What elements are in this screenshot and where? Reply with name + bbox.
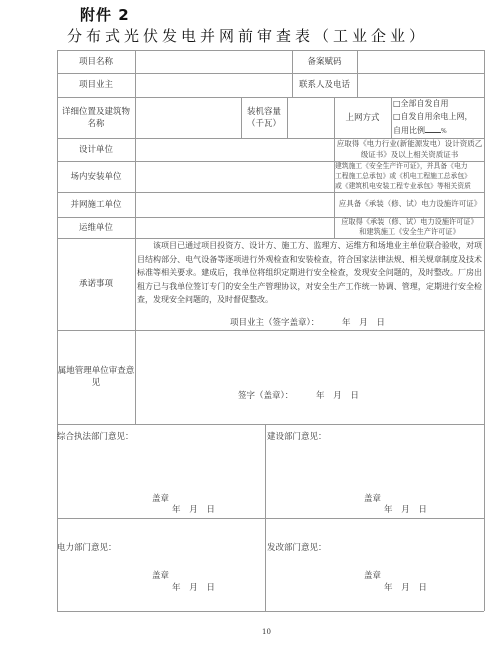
- project-name-field[interactable]: [136, 51, 291, 72]
- law-enforcement-opinion-label: 综合执法部门意见：: [57, 430, 134, 442]
- design-unit-requirement: 应取得《电力行业(新能源发电）设计资质乙级证书》及以上相关资质证书: [335, 139, 484, 161]
- design-unit-label: 设计单位: [57, 138, 135, 161]
- law-enforcement-stamp: 盖章: [152, 492, 169, 504]
- self-use-ratio-field[interactable]: [425, 123, 441, 133]
- location-label: 详细位置及建筑物名称: [59, 97, 133, 138]
- power-opinion-label: 电力部门意见：: [57, 541, 117, 553]
- row-divider: [57, 518, 484, 519]
- table-border-right: [484, 50, 485, 611]
- page-number: 10: [262, 628, 271, 636]
- om-unit-label: 运维单位: [57, 217, 135, 238]
- grid-construction-unit-field[interactable]: [136, 193, 333, 216]
- owner-signature-date: 年 月 日: [342, 316, 385, 328]
- contact-label: 联系人及电话: [292, 73, 357, 97]
- table-border-bottom: [57, 611, 484, 612]
- opinion-column-divider: [265, 424, 266, 611]
- percent-unit: %: [441, 128, 447, 135]
- location-field[interactable]: [136, 98, 240, 137]
- install-unit-label: 场内安装单位: [57, 161, 135, 192]
- construction-date: 年 月 日: [384, 503, 427, 515]
- grid-mode-options: □全部自发自用 □自发自用余电上网， 自用比例%: [393, 98, 483, 139]
- col-divider: [241, 97, 242, 138]
- local-review-label: 属地管理单位审查意见: [57, 330, 135, 424]
- project-owner-label: 项目业主: [57, 73, 135, 97]
- construction-stamp: 盖章: [364, 492, 381, 504]
- capacity-field[interactable]: [288, 98, 333, 137]
- filing-code-field[interactable]: [358, 51, 483, 72]
- owner-signature-label: 项目业主（签字盖章）：: [230, 316, 319, 328]
- page-title: 分布式光伏发电并网前审查表（工业企业）: [0, 25, 495, 46]
- project-name-label: 项目名称: [57, 50, 135, 73]
- local-review-field[interactable]: [136, 331, 483, 381]
- install-unit-field[interactable]: [136, 162, 333, 191]
- grid-mode-label: 上网方式: [334, 97, 391, 138]
- option-full-self-use[interactable]: □全部自发自用: [393, 98, 483, 111]
- local-review-signature-label: 签字（盖章）：: [238, 389, 293, 401]
- install-unit-requirement: 建筑施工《安全生产许可证》，并具备《电力 工程施工总承包》或《机电工程施工总承包…: [335, 161, 484, 192]
- contact-field[interactable]: [358, 74, 483, 96]
- grid-construction-requirement: 应具备《承装（修、试）电力设施许可证》: [336, 199, 484, 210]
- om-unit-field[interactable]: [136, 218, 333, 237]
- development-reform-opinion-label: 发改部门意见：: [267, 541, 327, 553]
- commitment-text: 该项目已通过项目投资方、设计方、施工方、监理方、运维方和场地业主单位联合验收，对…: [137, 239, 482, 307]
- power-stamp: 盖章: [152, 569, 169, 581]
- commitment-label: 承诺事项: [57, 238, 135, 330]
- project-owner-field[interactable]: [136, 74, 291, 96]
- power-date: 年 月 日: [172, 581, 215, 593]
- col-divider: [391, 97, 392, 138]
- grid-construction-unit-label: 并网施工单位: [57, 192, 135, 217]
- filing-code-label: 备案赋码: [292, 50, 357, 73]
- self-use-ratio-label: 自用比例: [393, 126, 425, 135]
- design-unit-field[interactable]: [136, 139, 333, 160]
- development-reform-stamp: 盖章: [364, 569, 381, 581]
- option-surplus-to-grid[interactable]: □自发自用余电上网，: [393, 111, 483, 124]
- capacity-label: 装机容量（千瓦）: [244, 97, 284, 138]
- construction-opinion-label: 建设部门意见：: [267, 430, 327, 442]
- local-review-date: 年 月 日: [316, 389, 359, 401]
- law-enforcement-date: 年 月 日: [172, 503, 215, 515]
- om-unit-requirement: 应取得《承装（修、试）电力设施许可证》 和建筑施工《安全生产许可证》: [335, 217, 484, 238]
- row-divider: [57, 424, 484, 425]
- development-reform-date: 年 月 日: [384, 581, 427, 593]
- attachment-label: 附件 2: [80, 4, 130, 25]
